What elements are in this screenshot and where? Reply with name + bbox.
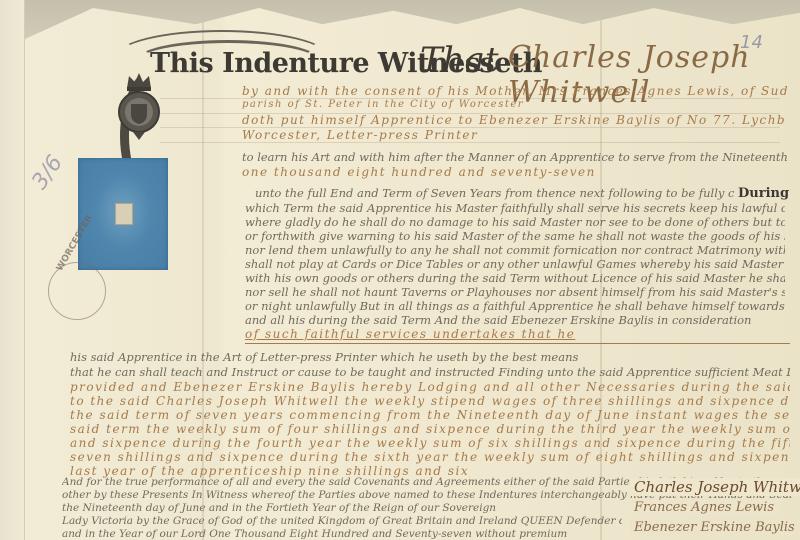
signature-master: Ebenezer Erskine Baylis [630,520,799,535]
body-line: to the said Charles Joseph Whitwell the … [70,394,790,408]
body-line: or night unlawfully But in all things as… [245,299,785,313]
body-line: seven shillings and sixpence during the … [70,450,790,464]
body-line: parish of St. Peter in the City of Worce… [242,99,642,110]
body-line: Lady Victoria by the Grace of God of the… [62,515,622,527]
body-line: to learn his Art and with him after the … [242,150,787,164]
signature-mother: Frances Agnes Lewis [630,500,778,515]
body-line: Worcester, Letter-press Printer [242,128,642,142]
title-that: That [420,40,499,80]
body-line: by and with the consent of his Mother, M… [242,84,787,98]
body-line: where gladly do he shall do no damage to… [245,215,785,229]
royal-crest-icon [113,70,165,142]
body-line: his said Apprentice in the Art of Letter… [70,350,790,364]
body-line: which Term the said Apprentice his Maste… [245,201,785,215]
body-line: said term the weekly sum of four shillin… [70,422,790,436]
body-line: and in the Year of our Lord One Thousand… [62,528,622,540]
section-rule [245,343,790,344]
body-line: unto the full End and Term of Seven Year… [255,186,735,200]
body-line: nor lend them unlawfully to any he shall… [245,243,785,257]
body-line: and sixpence during the fourth year the … [70,436,790,450]
signature-apprentice: Charles Joseph Whitwell [630,478,800,496]
body-line: nor sell he shall not haunt Taverns or P… [245,285,785,299]
body-line: doth put himself Apprentice to Ebenezer … [242,113,787,127]
body-line: shall not play at Cards or Dice Tables o… [245,257,785,271]
body-line: one thousand eight hundred and seventy-s… [242,165,642,179]
printed-during: During [738,186,789,201]
body-line: or forthwith give warning to his said Ma… [245,229,785,243]
body-line: with his own goods or others during the … [245,271,785,285]
body-line: the said term of seven years commencing … [70,408,790,422]
folio-number: 14 [740,32,763,53]
body-line: that he can shall teach and Instruct or … [70,365,790,379]
stamp-embossed-center [115,203,133,225]
body-line: and all his during the said Term And the… [245,313,785,327]
body-line: provided and Ebenezer Erskine Baylis her… [70,380,790,394]
page-edge [0,0,25,540]
body-line: of such faithful services undertakes tha… [245,327,785,341]
revenue-stamp [78,158,168,270]
postmark-circle [48,262,106,320]
